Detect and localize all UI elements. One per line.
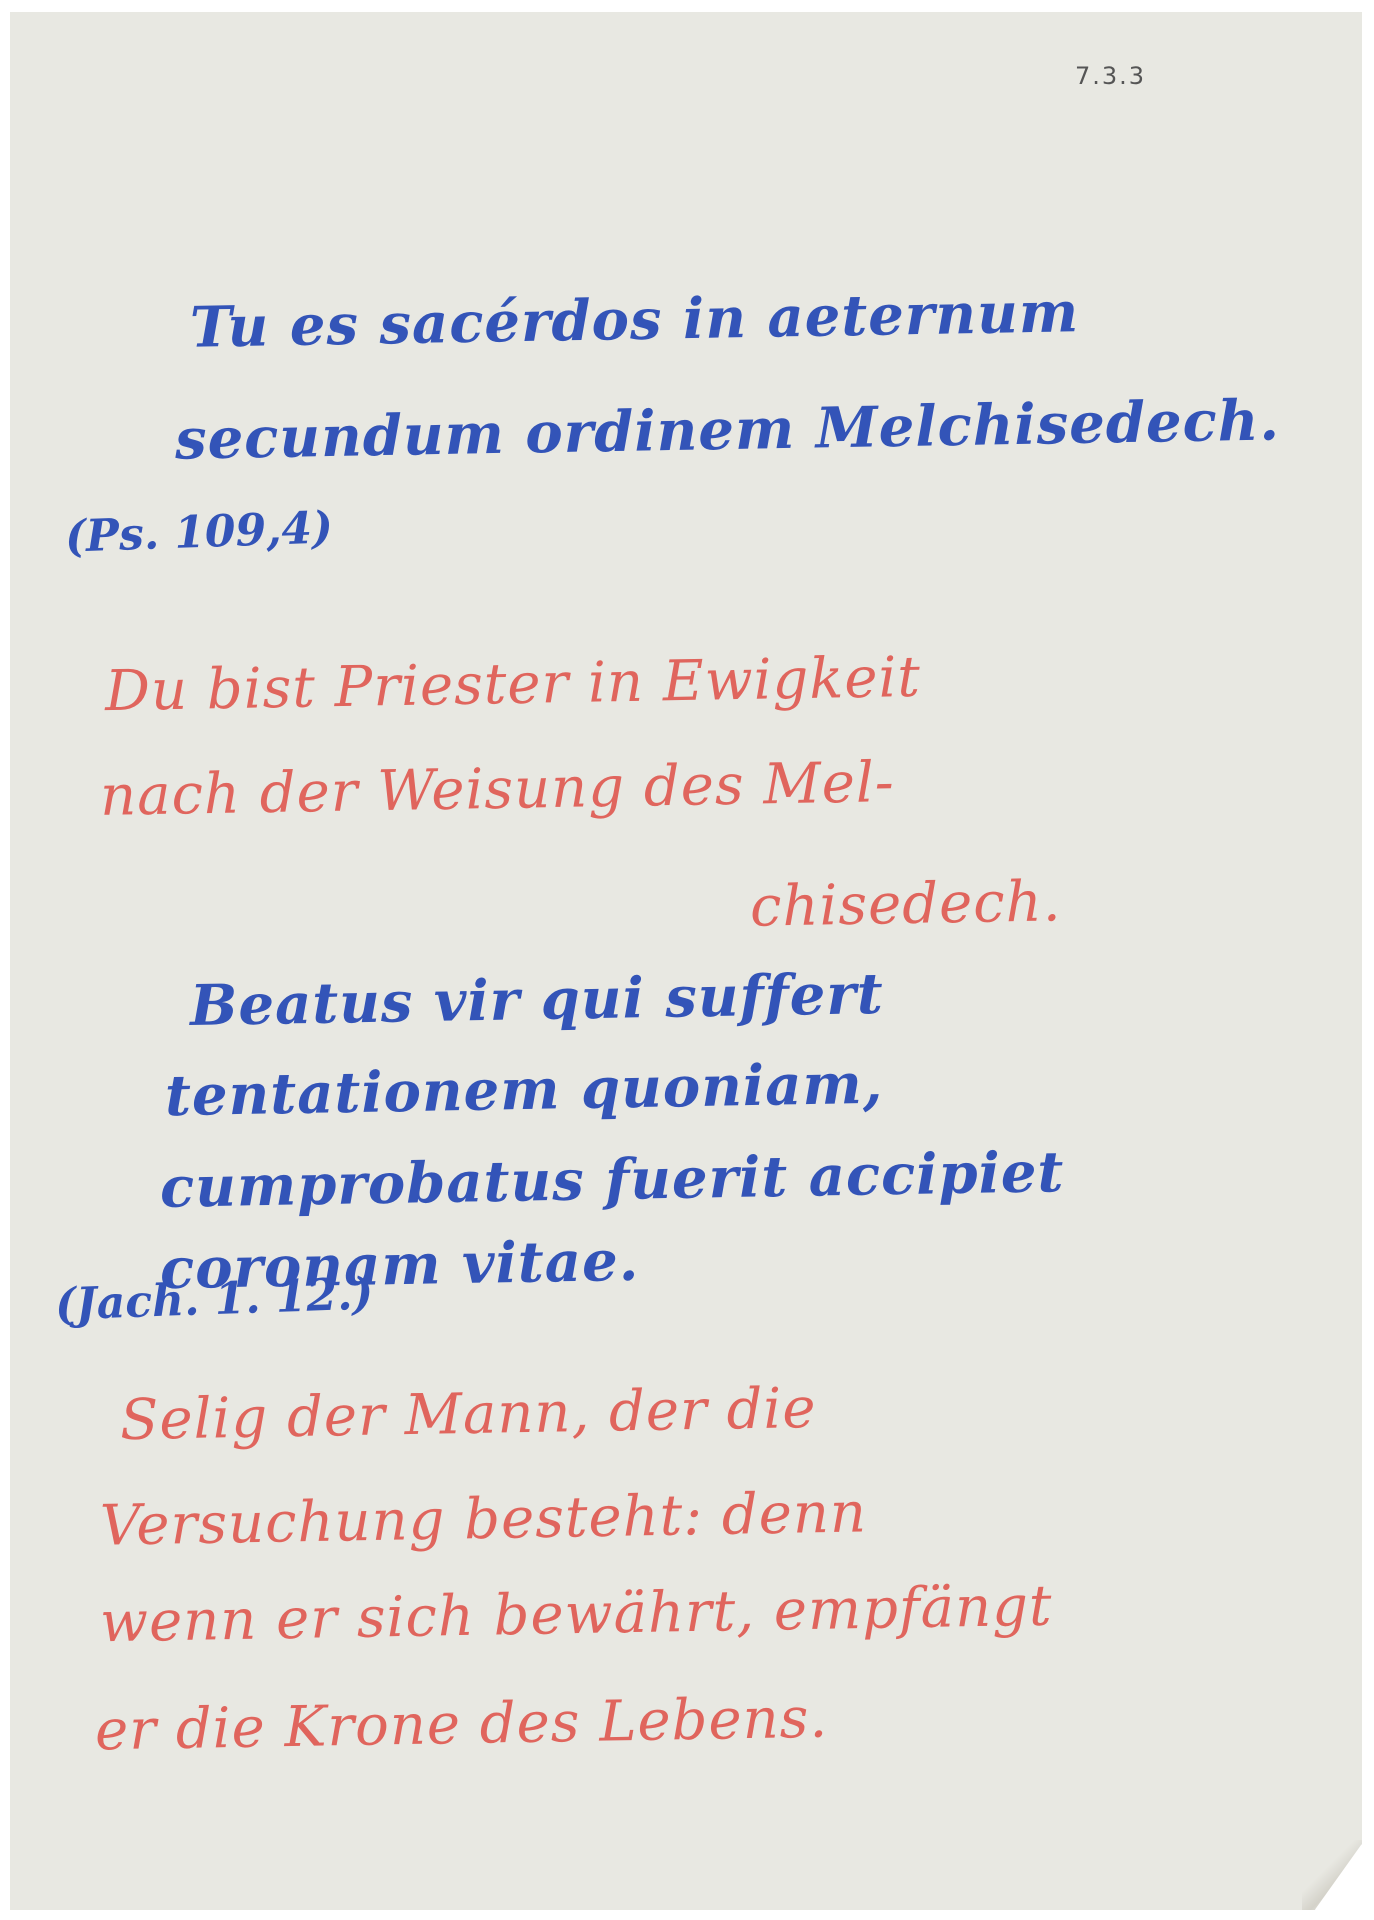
- latin-verse-1-line-1: Tu es sacérdos in aeternum: [189, 279, 1079, 361]
- latin-verse-2-line-3: cumprobatus fuerit accipiet: [159, 1139, 1064, 1221]
- german-verse-1-line-1: Du bist Priester in Ewigkeit: [104, 645, 921, 724]
- latin-verse-1-reference: (Ps. 109,4): [64, 502, 334, 562]
- german-verse-1-line-2: nach der Weisung des Mel-: [99, 750, 895, 829]
- german-verse-2-line-1: Selig der Mann, der die: [119, 1376, 816, 1453]
- archive-number: 7.3.3: [1075, 62, 1146, 90]
- german-verse-2-line-3: wenn er sich bewährt, empfängt: [100, 1574, 1053, 1656]
- latin-verse-2-line-2: tentationem quoniam,: [164, 1051, 883, 1130]
- handwritten-page: 7.3.3 Tu es sacérdos in aeternum secundu…: [10, 12, 1362, 1910]
- german-verse-2-line-4: er die Krone des Lebens.: [94, 1686, 828, 1764]
- latin-verse-1-line-2: secundum ordinem Melchisedech.: [175, 387, 1281, 472]
- latin-verse-2-reference: (Jach. 1. 12.): [54, 1268, 374, 1330]
- german-verse-2-line-2: Versuchung besteht: denn: [99, 1480, 867, 1558]
- latin-verse-2-line-1: Beatus vir qui suffert: [189, 961, 884, 1039]
- german-verse-1-line-3: chisedech.: [749, 869, 1062, 939]
